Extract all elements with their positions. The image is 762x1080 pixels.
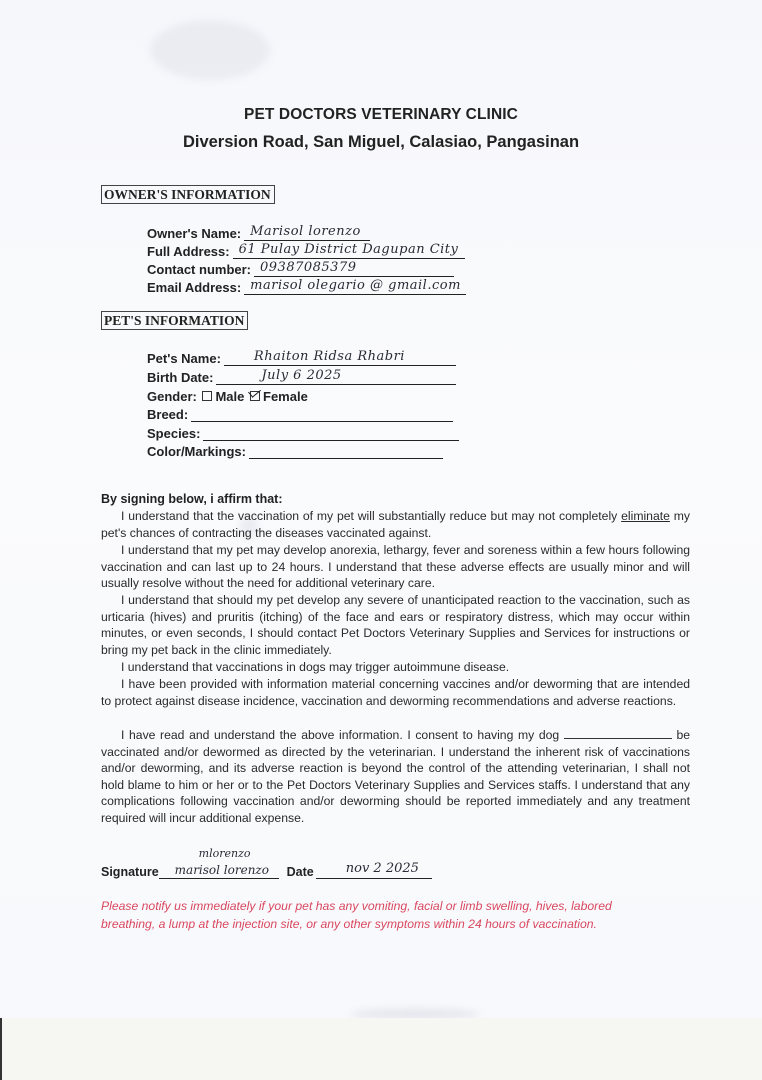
birth-date-label: Birth Date: [147, 370, 213, 385]
post-vaccination-notice: Please notify us immediately if your pet… [101, 897, 661, 933]
email-address-label: Email Address: [147, 280, 241, 295]
scanned-form-page: PET DOCTORS VETERINARY CLINIC Diversion … [0, 0, 762, 1018]
clinic-name: PET DOCTORS VETERINARY CLINIC [0, 106, 762, 124]
owner-name-field[interactable]: Owner's Name: Marisol lorenzo [147, 223, 370, 241]
owner-name-value: Marisol lorenzo [250, 224, 361, 239]
date-field[interactable]: nov 2 2025 [316, 862, 432, 879]
full-address-value: 61 Pulay District Dagupan City [239, 242, 459, 257]
eliminate-underlined: eliminate [621, 509, 670, 523]
affirmation-heading: By signing below, i affirm that: [101, 492, 283, 506]
contact-number-field[interactable]: Contact number: 09387085379 [147, 259, 454, 277]
pet-name-value: Rhaiton Ridsa Rhabri [254, 349, 405, 364]
gender-field: Gender: Male Female [147, 389, 308, 404]
affirmation-paragraph-1: I understand that the vaccination of my … [101, 508, 690, 541]
species-field[interactable]: Species: [147, 423, 459, 441]
date-value: nov 2 2025 [346, 861, 419, 876]
full-address-label: Full Address: [147, 244, 230, 259]
color-markings-field[interactable]: Color/Markings: [147, 441, 443, 459]
scan-bottom-margin [0, 1018, 762, 1080]
gender-male-label: Male [215, 389, 244, 404]
gender-label: Gender: [147, 389, 197, 404]
birth-date-field[interactable]: Birth Date: July 6 2025 [147, 367, 456, 385]
species-label: Species: [147, 426, 200, 441]
dog-name-blank[interactable] [564, 728, 672, 739]
owner-section-title: OWNER'S INFORMATION [101, 185, 275, 204]
birth-date-value: July 6 2025 [261, 368, 341, 383]
date-label: Date [287, 865, 314, 879]
affirmation-paragraph-4: I understand that vaccinations in dogs m… [101, 659, 690, 676]
gender-female-label: Female [263, 389, 308, 404]
scan-smudge [150, 20, 270, 80]
signature-row: Signature marisol lorenzo mlorenzo Date … [101, 862, 432, 879]
signature-scribble: mlorenzo [199, 847, 251, 860]
affirmation-paragraph-6: I have read and understand the above inf… [101, 727, 690, 827]
pet-name-field[interactable]: Pet's Name: Rhaiton Ridsa Rhabri [147, 348, 456, 366]
contact-number-value: 09387085379 [260, 260, 356, 275]
email-address-value: marisol olegario @ gmail.com [250, 278, 461, 293]
color-markings-label: Color/Markings: [147, 444, 246, 459]
contact-number-label: Contact number: [147, 262, 251, 277]
pet-section-title: PET'S INFORMATION [101, 311, 248, 330]
signature-label: Signature [101, 865, 159, 879]
gender-female-checkbox[interactable] [250, 391, 260, 401]
full-address-field[interactable]: Full Address: 61 Pulay District Dagupan … [147, 241, 465, 259]
owner-name-label: Owner's Name: [147, 226, 241, 241]
affirmation-paragraph-5: I have been provided with information ma… [101, 676, 690, 709]
clinic-address: Diversion Road, San Miguel, Calasiao, Pa… [0, 133, 762, 152]
affirmation-paragraph-3: I understand that should my pet develop … [101, 592, 690, 658]
breed-field[interactable]: Breed: [147, 404, 453, 422]
signature-field[interactable]: marisol lorenzo mlorenzo [159, 862, 279, 879]
gender-male-checkbox[interactable] [202, 391, 212, 401]
email-address-field[interactable]: Email Address: marisol olegario @ gmail.… [147, 277, 466, 295]
affirmation-paragraph-2: I understand that my pet may develop ano… [101, 542, 690, 592]
breed-label: Breed: [147, 407, 188, 422]
pet-name-label: Pet's Name: [147, 351, 221, 366]
signature-value: marisol lorenzo [175, 863, 269, 877]
